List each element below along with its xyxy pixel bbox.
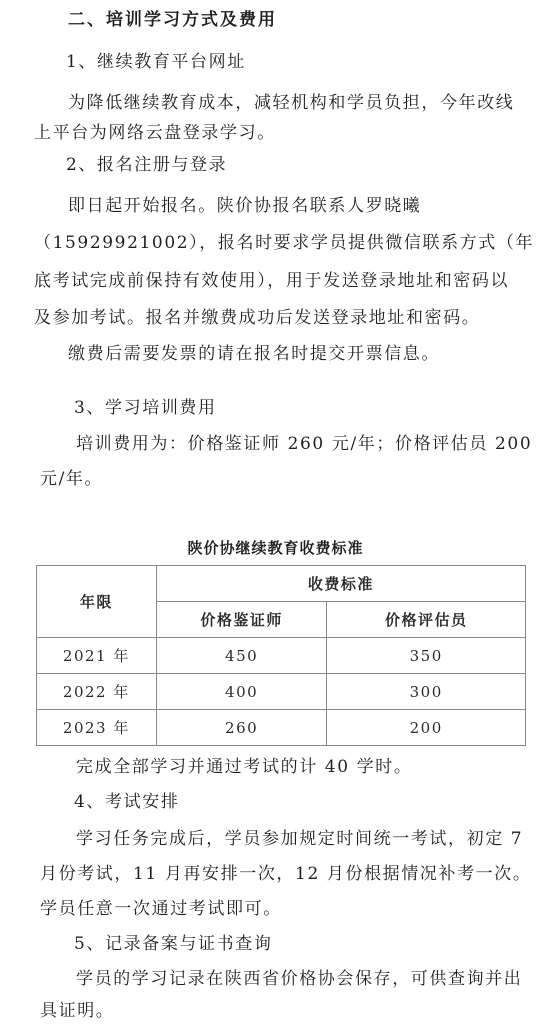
fee-table-footnote: 完成全部学习并通过考试的计 40 学时。	[76, 756, 412, 778]
item-2-paragraph-line: 底考试完成前保持有效使用），用于发送登录地址和密码以	[34, 270, 509, 292]
item-2-title: 2、报名注册与登录	[66, 154, 227, 176]
header-fee-standard: 收费标准	[156, 566, 525, 602]
item-1-paragraph-line: 为降低继续教育成本，减轻机构和学员负担，今年改线	[68, 92, 514, 114]
fee-table-header-row: 年限 收费标准	[37, 566, 526, 602]
item-2-paragraph-line: 即日起开始报名。陕价协报名联系人罗晓曦	[68, 195, 421, 217]
cell-year: 2022 年	[37, 674, 157, 710]
header-year: 年限	[37, 566, 157, 638]
item-5-paragraph-line: 学员的学习记录在陕西省价格协会保存，可供查询并出	[76, 968, 522, 990]
item-3-paragraph-line: 培训费用为：价格鉴证师 260 元/年；价格评估员 200	[76, 433, 532, 455]
table-row: 2022 年 400 300	[37, 674, 526, 710]
cell-year: 2023 年	[37, 710, 157, 746]
item-3-paragraph-line: 元/年。	[40, 468, 103, 490]
section-heading: 二、培训学习方式及费用	[68, 9, 277, 31]
cell-assessor-fee: 350	[327, 638, 526, 674]
item-4-paragraph-line: 学员任意一次通过考试即可。	[40, 898, 282, 920]
cell-year: 2021 年	[37, 638, 157, 674]
cell-appraiser-fee: 400	[156, 674, 327, 710]
item-1-title: 1、继续教育平台网址	[66, 51, 246, 73]
item-2-note: 缴费后需要发票的请在报名时提交开票信息。	[68, 343, 440, 365]
table-row: 2023 年 260 200	[37, 710, 526, 746]
cell-appraiser-fee: 450	[156, 638, 327, 674]
item-5-title: 5、记录备案与证书查询	[74, 933, 272, 955]
item-4-paragraph-line: 月份考试，11 月再安排一次，12 月份根据情况补考一次。	[40, 863, 531, 885]
item-3-title: 3、学习培训费用	[74, 397, 217, 419]
item-5-paragraph-line: 具证明。	[40, 1000, 114, 1022]
fee-table-caption: 陕价协继续教育收费标准	[0, 537, 551, 558]
cell-appraiser-fee: 260	[156, 710, 327, 746]
header-assessor: 价格评估员	[327, 602, 526, 638]
cell-assessor-fee: 300	[327, 674, 526, 710]
fee-table: 年限 收费标准 价格鉴证师 价格评估员 2021 年 450 350 2022 …	[36, 565, 526, 746]
cell-assessor-fee: 200	[327, 710, 526, 746]
item-4-paragraph-line: 学习任务完成后，学员参加规定时间统一考试，初定 7	[76, 828, 523, 850]
item-1-paragraph-line: 上平台为网络云盘登录学习。	[34, 122, 276, 144]
item-4-title: 4、考试安排	[74, 791, 179, 813]
item-2-paragraph-line: 及参加考试。报名并缴费成功后发送登录地址和密码。	[34, 307, 480, 329]
item-2-paragraph-line: （15929921002），报名时要求学员提供微信联系方式（年	[34, 232, 534, 254]
header-appraiser: 价格鉴证师	[156, 602, 327, 638]
table-row: 2021 年 450 350	[37, 638, 526, 674]
